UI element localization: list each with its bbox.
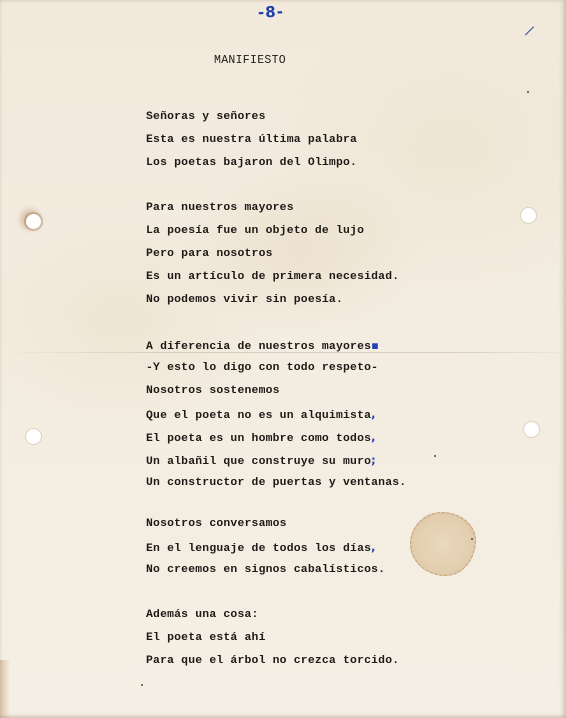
stanza-5: Además una cosa: El poeta está ahí Para … <box>146 608 399 677</box>
poem-line: Además una cosa: <box>146 608 399 631</box>
handwritten-comma: , <box>371 407 376 421</box>
poem-line: Nosotros conversamos <box>146 517 385 540</box>
poem-line-text: Que el poeta no es un alquimista <box>146 410 371 422</box>
scanned-document-page: -8- / MANIFIESTO Señoras y señores Esta … <box>0 0 566 718</box>
poem-line-text: No creemos en signos cabalísticos. <box>146 564 385 576</box>
poem-line: Para que el árbol no crezca torcido. <box>146 654 399 677</box>
poem-line: El poeta es un hombre como todos, <box>146 430 406 453</box>
poem-line: A diferencia de nuestros mayores▪ <box>146 338 406 361</box>
punch-hole <box>26 429 41 444</box>
poem-line: Que el poeta no es un alquimista, <box>146 407 406 430</box>
poem-line: Un albañil que construye su muro; <box>146 453 406 476</box>
poem-line: Es un artículo de primera necesidad. <box>146 270 399 293</box>
handwritten-comma: , <box>371 430 376 444</box>
ink-speck <box>527 91 529 93</box>
handwritten-comma: , <box>371 540 376 554</box>
document-title: MANIFIESTO <box>214 54 286 67</box>
punch-hole <box>521 208 536 223</box>
poem-line-text: -Y esto lo digo con todo respeto- <box>146 362 378 374</box>
poem-line: Pero para nosotros <box>146 247 399 270</box>
punch-hole <box>26 214 41 229</box>
stanza-2: Para nuestros mayores La poesía fue un o… <box>146 201 399 316</box>
poem-line: No podemos vivir sin poesía. <box>146 293 399 316</box>
poem-line: Los poetas bajaron del Olimpo. <box>146 156 357 179</box>
poem-line-text: A diferencia de nuestros mayores <box>146 341 371 353</box>
poem-line: Nosotros sostenemos <box>146 384 406 407</box>
poem-line-text: Un albañil que construye su muro <box>146 456 371 468</box>
handwritten-semicolon: ; <box>371 453 376 467</box>
poem-line-text: Un constructor de puertas y ventanas. <box>146 477 406 489</box>
poem-line: El poeta está ahí <box>146 631 399 654</box>
edge-stain <box>0 660 10 718</box>
ink-speck <box>434 455 436 457</box>
ink-speck <box>471 538 473 540</box>
poem-line: Un constructor de puertas y ventanas. <box>146 476 406 499</box>
handwritten-ink-mark: ▪ <box>371 338 379 352</box>
poem-line: La poesía fue un objeto de lujo <box>146 224 399 247</box>
poem-line: -Y esto lo digo con todo respeto- <box>146 361 406 384</box>
punch-hole <box>524 422 539 437</box>
poem-line-text: Nosotros conversamos <box>146 518 287 530</box>
stanza-1: Señoras y señores Esta es nuestra última… <box>146 110 357 179</box>
poem-line: En el lenguaje de todos los días, <box>146 540 385 563</box>
stanza-4: Nosotros conversamos En el lenguaje de t… <box>146 517 385 586</box>
ink-speck <box>141 684 143 686</box>
poem-line: Señoras y señores <box>146 110 357 133</box>
poem-line-text: En el lenguaje de todos los días <box>146 543 371 555</box>
poem-line: Para nuestros mayores <box>146 201 399 224</box>
poem-line: Esta es nuestra última palabra <box>146 133 357 156</box>
handwritten-corner-mark: / <box>525 24 534 40</box>
stanza-3: A diferencia de nuestros mayores▪ -Y est… <box>146 338 406 499</box>
handwritten-page-number: -8- <box>258 3 285 22</box>
poem-line-text: Nosotros sostenemos <box>146 385 280 397</box>
poem-line-text: El poeta es un hombre como todos <box>146 433 371 445</box>
poem-line: No creemos en signos cabalísticos. <box>146 563 385 586</box>
coffee-stain <box>410 512 476 576</box>
